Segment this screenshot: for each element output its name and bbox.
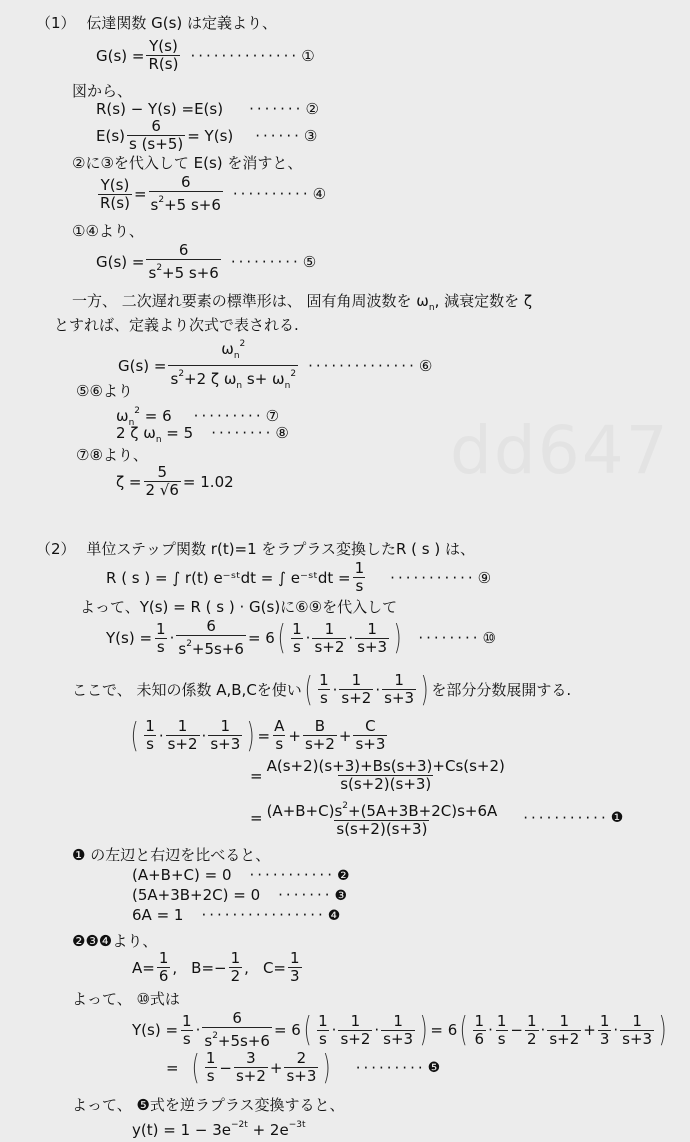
den: s+3 — [355, 638, 389, 656]
eq-six: = 6 — [274, 1021, 301, 1039]
den: s+2 — [303, 735, 337, 753]
den: s — [496, 1030, 508, 1048]
right-paren: ) — [421, 675, 429, 705]
leader-dots: ······ — [255, 127, 302, 145]
equation-5: G(s) = 6s2+5 s+6 ·········⑤ — [96, 242, 316, 282]
final-pre: y(t) = 1 − 3e — [132, 1121, 231, 1139]
minus: − — [219, 1059, 232, 1077]
frac-1-s3: 1s+3 — [620, 1013, 654, 1048]
eqR-den: s — [353, 577, 365, 595]
eq-number-2: ② — [305, 100, 318, 118]
num: 1 — [630, 1013, 644, 1030]
left-paren: ( — [131, 721, 139, 751]
num: 6 — [230, 1010, 244, 1027]
den: s+2 — [166, 735, 200, 753]
leader-dots: ········· — [231, 253, 301, 271]
right-paren: ) — [659, 1015, 667, 1045]
frac-A: As — [272, 718, 286, 753]
eq3-fraction: 6s (s+5) — [127, 118, 185, 153]
num: 1 — [229, 950, 243, 967]
leader-dots: ········· — [356, 1059, 426, 1077]
frac-3-s2: 3s+2 — [234, 1050, 268, 1085]
equals: = — [134, 185, 147, 203]
eq-number-1: ① — [301, 47, 314, 65]
eqR-fraction: 1s — [353, 560, 367, 595]
exp-1: −2t — [231, 1120, 248, 1130]
equation-3: E(s) 6s (s+5) = Y(s) ······③ — [96, 118, 317, 153]
den: s — [205, 1067, 217, 1085]
leader-dots: ··········· — [390, 569, 475, 587]
den: s+3 — [620, 1030, 654, 1048]
equals: = — [166, 1059, 179, 1077]
leader-dots: ·········· — [233, 185, 311, 203]
leader-dots: ··········· — [523, 809, 608, 827]
num: 1 — [495, 1013, 509, 1030]
eq5-lhs: G(s) = — [96, 253, 144, 271]
lhs: Y(s) = — [132, 1021, 178, 1039]
den-rest: +5s+6 — [192, 640, 244, 658]
partial-fraction-eq-1: ( 1s · 1s+2 · 1s+3 ) = As + Bs+2 + Cs+3 — [128, 718, 389, 753]
figure-text: 図から、 — [72, 82, 132, 100]
left-paren: ( — [191, 1053, 199, 1083]
num: 1 — [598, 1013, 612, 1030]
eq3-den: s (s+5) — [127, 135, 185, 153]
para1-text: 一方、 二次遅れ要素の標準形は、 固有角周波数を ω — [72, 292, 429, 310]
den: s2+5s+6 — [176, 635, 246, 658]
dot: · — [374, 1021, 379, 1039]
eq1-fraction: Y(s)R(s) — [146, 38, 180, 73]
eq7-text: ωn2 = 6 — [116, 407, 172, 425]
equation-zeta: ζ = 52 √6 = 1.02 — [116, 464, 234, 499]
den: s2+5s+6 — [202, 1027, 272, 1050]
zeta-lhs: ζ = — [116, 473, 142, 491]
frac-6-poly: 6s2+5s+6 — [176, 618, 246, 658]
den: s+3 — [284, 1067, 318, 1085]
num: 1 — [180, 1013, 194, 1030]
part1-number: （1） — [36, 14, 76, 32]
num: 1 — [176, 718, 190, 735]
eqY-six: = 6 — [248, 629, 275, 647]
left-paren: ( — [304, 675, 312, 705]
leader-dots: ········ — [211, 424, 273, 442]
plus: + — [288, 727, 301, 745]
frac-1-s: 1s — [180, 1013, 194, 1048]
num: 6 — [204, 618, 218, 635]
frac-1-s2: 1s+2 — [547, 1013, 581, 1048]
num: 1 — [365, 621, 379, 638]
dot: · — [333, 681, 338, 699]
dot: · — [202, 727, 207, 745]
num: 1 — [473, 1013, 487, 1030]
den: s — [317, 1030, 329, 1048]
den: s+3 — [381, 1030, 415, 1048]
num: 1 — [323, 621, 337, 638]
eq4-den: s2+5 s+6 — [149, 191, 223, 214]
partial-fraction-intro: ここで、 未知の係数 A,B,Cを使い ( 1s · 1s+2 · 1s+3 )… — [72, 672, 571, 707]
eq-number-3: ③ — [304, 127, 317, 145]
eq1-num: Y(s) — [147, 38, 180, 55]
intro-tail: を部分分数展開する. — [431, 679, 571, 700]
den: s — [291, 638, 303, 656]
zeta-den: 2 √6 — [144, 481, 181, 499]
equation-4: Y(s)R(s) = 6s2+5 s+6 ··········④ — [96, 174, 326, 214]
eq6-den: s2+2 ζ ωn s+ ωn2 — [168, 365, 298, 395]
den: 3 — [288, 967, 302, 985]
eq3-lhs: E(s) — [96, 127, 125, 145]
c2-text: (5A+3B+2C) = 0 — [132, 886, 260, 904]
plus: + — [339, 727, 352, 745]
eq5-fraction: 6s2+5 s+6 — [146, 242, 220, 282]
frac-1-s: 1s — [495, 1013, 509, 1048]
num: 1 — [157, 950, 171, 967]
left-paren: ( — [460, 1015, 468, 1045]
leader-dots: ········· — [194, 407, 264, 425]
den-rest: +5s+6 — [218, 1032, 270, 1050]
para1-tail: , 減衰定数を ζ — [435, 292, 532, 310]
num: 3 — [244, 1050, 258, 1067]
compare-text: ❶ の左辺と右辺を比べると、 — [72, 846, 270, 864]
num: 1 — [204, 1050, 218, 1067]
den: s+2 — [547, 1030, 581, 1048]
eq6-lhs: G(s) = — [118, 357, 166, 375]
leader-dots: ·············· — [190, 47, 299, 65]
from-1-4-text: ①④より、 — [72, 222, 144, 240]
final-mid: + 2e — [248, 1121, 289, 1139]
right-paren: ) — [394, 623, 402, 653]
dot: · — [196, 1021, 201, 1039]
from-5-6-text: ⑤⑥より — [76, 382, 133, 400]
partial-fraction-eq-3: = (A+B+C)s2+(5A+3B+2C)s+6As(s+2)(s+3) ··… — [250, 798, 623, 838]
leader-dots: ·············· — [308, 357, 417, 375]
frac-1-s: 1s — [143, 718, 157, 753]
den: s+3 — [208, 735, 242, 753]
frac-1-s3: 1s+3 — [355, 621, 389, 656]
left-paren: ( — [278, 623, 286, 653]
eqR-text: R ( s ) = ∫ r(t) e⁻ˢᵗdt = ∫ e⁻ˢᵗdt = — [106, 569, 351, 587]
eq8-text: 2 ζ ωn = 5 — [116, 424, 193, 442]
from-234-text: ❷❸❹より、 — [72, 932, 157, 950]
eq4-rhs-fraction: 6s2+5 s+6 — [149, 174, 223, 214]
A-value: 16 — [157, 950, 171, 985]
num: 1 — [349, 1013, 363, 1030]
frac-1-s: 1s — [316, 1013, 330, 1048]
frac-B: Bs+2 — [303, 718, 337, 753]
eq-number-10: ⑩ — [483, 629, 496, 647]
eq-six-2: = 6 — [430, 1021, 457, 1039]
left-paren: ( — [304, 1015, 312, 1045]
from-7-8-text: ⑦⑧より、 — [76, 446, 148, 464]
C-value: 13 — [288, 950, 302, 985]
num: 2 — [295, 1050, 309, 1067]
equation-1: G(s) = Y(s)R(s) ··············① — [96, 38, 315, 73]
num: 1 — [316, 1013, 330, 1030]
substitution-text-2: よって、Y(s) = R ( s ) · G(s)に⑥⑨を代入して — [80, 598, 397, 616]
inverse-laplace-text: よって、 ❺式を逆ラプラス変換すると、 — [72, 1096, 344, 1114]
part2-number: （2） — [36, 540, 76, 558]
den: s+2 — [312, 638, 346, 656]
eq3-num: 6 — [149, 118, 163, 135]
num: A(s+2)(s+3)+Bs(s+3)+Cs(s+2) — [265, 758, 507, 775]
num: C — [363, 718, 377, 735]
eq-number-b5: ❺ — [428, 1060, 441, 1076]
plus: + — [270, 1059, 283, 1077]
intro-text: ここで、 未知の係数 A,B,Cを使い — [72, 679, 302, 700]
dot: · — [306, 629, 311, 647]
frac-6-poly: 6s2+5s+6 — [202, 1010, 272, 1050]
frac-1-s: 1s — [290, 621, 304, 656]
c3-text: 6A = 1 — [132, 906, 183, 924]
leader-dots: ······· — [278, 886, 332, 904]
num: 1 — [391, 1013, 405, 1030]
combined-fraction: A(s+2)(s+3)+Bs(s+3)+Cs(s+2)s(s+2)(s+3) — [265, 758, 507, 793]
final-result: y(t) = 1 − 3e−2t + 2e−3t — [132, 1116, 305, 1139]
coeff-eq-2: (5A+3B+2C) = 0·······❸ — [132, 886, 347, 905]
B-label: B=− — [191, 959, 226, 977]
dot: · — [332, 1021, 337, 1039]
eq4-lhs-fraction: Y(s)R(s) — [98, 177, 132, 212]
num: 1 — [290, 621, 304, 638]
frac-C: Cs+3 — [353, 718, 387, 753]
eq4-num: 6 — [179, 174, 193, 191]
den: s+3 — [353, 735, 387, 753]
frac-1-s: 1s — [204, 1050, 218, 1085]
den: 6 — [157, 967, 171, 985]
eqR-num: 1 — [353, 560, 367, 577]
dot: · — [541, 1021, 546, 1039]
num: 1 — [154, 621, 168, 638]
leader-dots: ········ — [418, 629, 480, 647]
dot: · — [348, 629, 353, 647]
eq1-lhs: G(s) = — [96, 47, 144, 65]
num: 1 — [392, 672, 406, 689]
right-paren: ) — [247, 721, 255, 751]
dot: · — [613, 1021, 618, 1039]
den: 3 — [598, 1030, 612, 1048]
equation-Y-simplified: = ( 1s − 3s+2 + 2s+3 ) ·········❺ — [166, 1050, 440, 1085]
eq-number-b3: ❸ — [335, 888, 348, 904]
eq-number-8: ⑧ — [275, 424, 288, 442]
eq6-num: ωn2 — [219, 336, 247, 365]
frac-1-3: 13 — [598, 1013, 612, 1048]
den-rest: +5 s+6 — [164, 196, 221, 214]
den: s — [273, 735, 285, 753]
A-label: A= — [132, 959, 155, 977]
num: 1 — [288, 950, 302, 967]
eq3-rhs: = Y(s) — [187, 127, 233, 145]
eq6-fraction: ωn2 s2+2 ζ ωn s+ ωn2 — [168, 336, 298, 395]
frac-2-s3: 2s+3 — [284, 1050, 318, 1085]
eq1-den: R(s) — [146, 55, 180, 73]
frac-1-6: 16 — [473, 1013, 487, 1048]
comma: , — [172, 959, 177, 977]
dot: · — [170, 629, 175, 647]
num: 1 — [558, 1013, 572, 1030]
den: 6 — [473, 1030, 487, 1048]
num: B — [313, 718, 327, 735]
frac-1-s2: 1s+2 — [166, 718, 200, 753]
equation-10: Y(s) = 1s · 6s2+5s+6 = 6 ( 1s · 1s+2 · 1… — [106, 618, 496, 658]
eqY-lhs: Y(s) = — [106, 629, 152, 647]
partial-fraction-eq-2: = A(s+2)(s+3)+Bs(s+3)+Cs(s+2)s(s+2)(s+3) — [250, 758, 509, 793]
eq4-lhs-den: R(s) — [98, 194, 132, 212]
den: s — [318, 689, 330, 707]
num: 1 — [317, 672, 331, 689]
frac-1-s3: 1s+3 — [382, 672, 416, 707]
frac-1-s: 1s — [154, 621, 168, 656]
substitution-text: ②に③を代入して E(s) を消すと、 — [72, 154, 302, 172]
equals: = — [250, 767, 263, 785]
den-rest: +5 s+6 — [162, 264, 219, 282]
num: 1 — [525, 1013, 539, 1030]
dot: · — [159, 727, 164, 745]
C-label: C= — [263, 959, 286, 977]
leader-dots: ··········· — [250, 866, 335, 884]
frac-1-s2: 1s+2 — [339, 672, 373, 707]
frac-1-s: 1s — [317, 672, 331, 707]
standard-form-paragraph-2: とすれば、定義より次式で表される. — [54, 316, 299, 334]
dot: · — [488, 1021, 493, 1039]
eq-number-4: ④ — [313, 185, 326, 203]
den: s(s+2)(s+3) — [338, 775, 433, 793]
den: s+2 — [234, 1067, 268, 1085]
eq-number-5: ⑤ — [303, 253, 316, 271]
frac-1-s3: 1s+3 — [208, 718, 242, 753]
eq-number-6: ⑥ — [419, 357, 432, 375]
den: 2 — [525, 1030, 539, 1048]
equation-6: G(s) = ωn2 s2+2 ζ ωn s+ ωn2 ············… — [118, 336, 432, 395]
equation-2: R(s) − Y(s) =E(s)·······② — [96, 100, 319, 118]
right-paren: ) — [323, 1053, 331, 1083]
den: s+3 — [382, 689, 416, 707]
coefficient-solution: A= 16, B=− 12, C= 13 — [132, 950, 304, 985]
eq2-text: R(s) − Y(s) =E(s) — [96, 100, 223, 118]
den: s — [155, 638, 167, 656]
coeff-eq-3: 6A = 1················❹ — [132, 906, 340, 925]
eq-number-b4: ❹ — [328, 908, 341, 924]
frac-1-2: 12 — [525, 1013, 539, 1048]
eq5-den: s2+5 s+6 — [146, 259, 220, 282]
den: s+2 — [339, 689, 373, 707]
den: s+2 — [338, 1030, 372, 1048]
equation-R: R ( s ) = ∫ r(t) e⁻ˢᵗdt = ∫ e⁻ˢᵗdt = 1s … — [106, 560, 491, 595]
eq-number-9: ⑨ — [478, 569, 491, 587]
eq5-num: 6 — [177, 242, 191, 259]
thus-10-text: よって、 ⑩式は — [72, 990, 180, 1008]
eq-number-b1: ❶ — [611, 810, 624, 826]
comma: , — [244, 959, 249, 977]
den: s — [181, 1030, 193, 1048]
frac-1-s3: 1s+3 — [381, 1013, 415, 1048]
num: 1 — [219, 718, 233, 735]
c1-text: (A+B+C) = 0 — [132, 866, 232, 884]
expanded-fraction: (A+B+C)s2+(5A+3B+2C)s+6As(s+2)(s+3) — [265, 798, 500, 838]
frac-1-s2: 1s+2 — [312, 621, 346, 656]
den: 2 — [229, 967, 243, 985]
plus: + — [583, 1021, 596, 1039]
exp-2: −3t — [289, 1120, 306, 1130]
minus: − — [510, 1021, 523, 1039]
right-paren: ) — [420, 1015, 428, 1045]
equals: = — [258, 727, 271, 745]
num: A — [272, 718, 286, 735]
num: 1 — [143, 718, 157, 735]
num: (A+B+C)s2+(5A+3B+2C)s+6A — [265, 798, 500, 820]
num: 1 — [350, 672, 364, 689]
part2-heading: （2） 単位ステップ関数 r(t)=1 をラプラス変換したR ( s ) は、 — [36, 540, 475, 558]
equation-Y-expanded: Y(s) = 1s · 6s2+5s+6 = 6 ( 1s · 1s+2 · 1… — [132, 1010, 669, 1050]
zeta-fraction: 52 √6 — [144, 464, 181, 499]
part2-heading-text: 単位ステップ関数 r(t)=1 をラプラス変換したR ( s ) は、 — [86, 540, 475, 558]
part1-heading-text: 伝達関数 G(s) は定義より、 — [86, 14, 277, 32]
eq-number-b2: ❷ — [337, 868, 350, 884]
watermark: dd647 — [450, 412, 670, 489]
standard-form-paragraph-1: 一方、 二次遅れ要素の標準形は、 固有角周波数を ωn, 減衰定数を ζ — [72, 292, 532, 317]
den: s(s+2)(s+3) — [334, 820, 429, 838]
zeta-num: 5 — [155, 464, 169, 481]
dot: · — [375, 681, 380, 699]
leader-dots: ················ — [201, 906, 325, 924]
eq-number-7: ⑦ — [266, 407, 279, 425]
coeff-eq-1: (A+B+C) = 0···········❷ — [132, 866, 350, 885]
part1-heading: （1） 伝達関数 G(s) は定義より、 — [36, 14, 277, 32]
leader-dots: ······· — [249, 100, 303, 118]
zeta-value: = 1.02 — [183, 473, 234, 491]
den: s — [144, 735, 156, 753]
eq4-lhs-num: Y(s) — [99, 177, 132, 194]
equals: = — [250, 809, 263, 827]
frac-1-s2: 1s+2 — [338, 1013, 372, 1048]
B-value: 12 — [229, 950, 243, 985]
